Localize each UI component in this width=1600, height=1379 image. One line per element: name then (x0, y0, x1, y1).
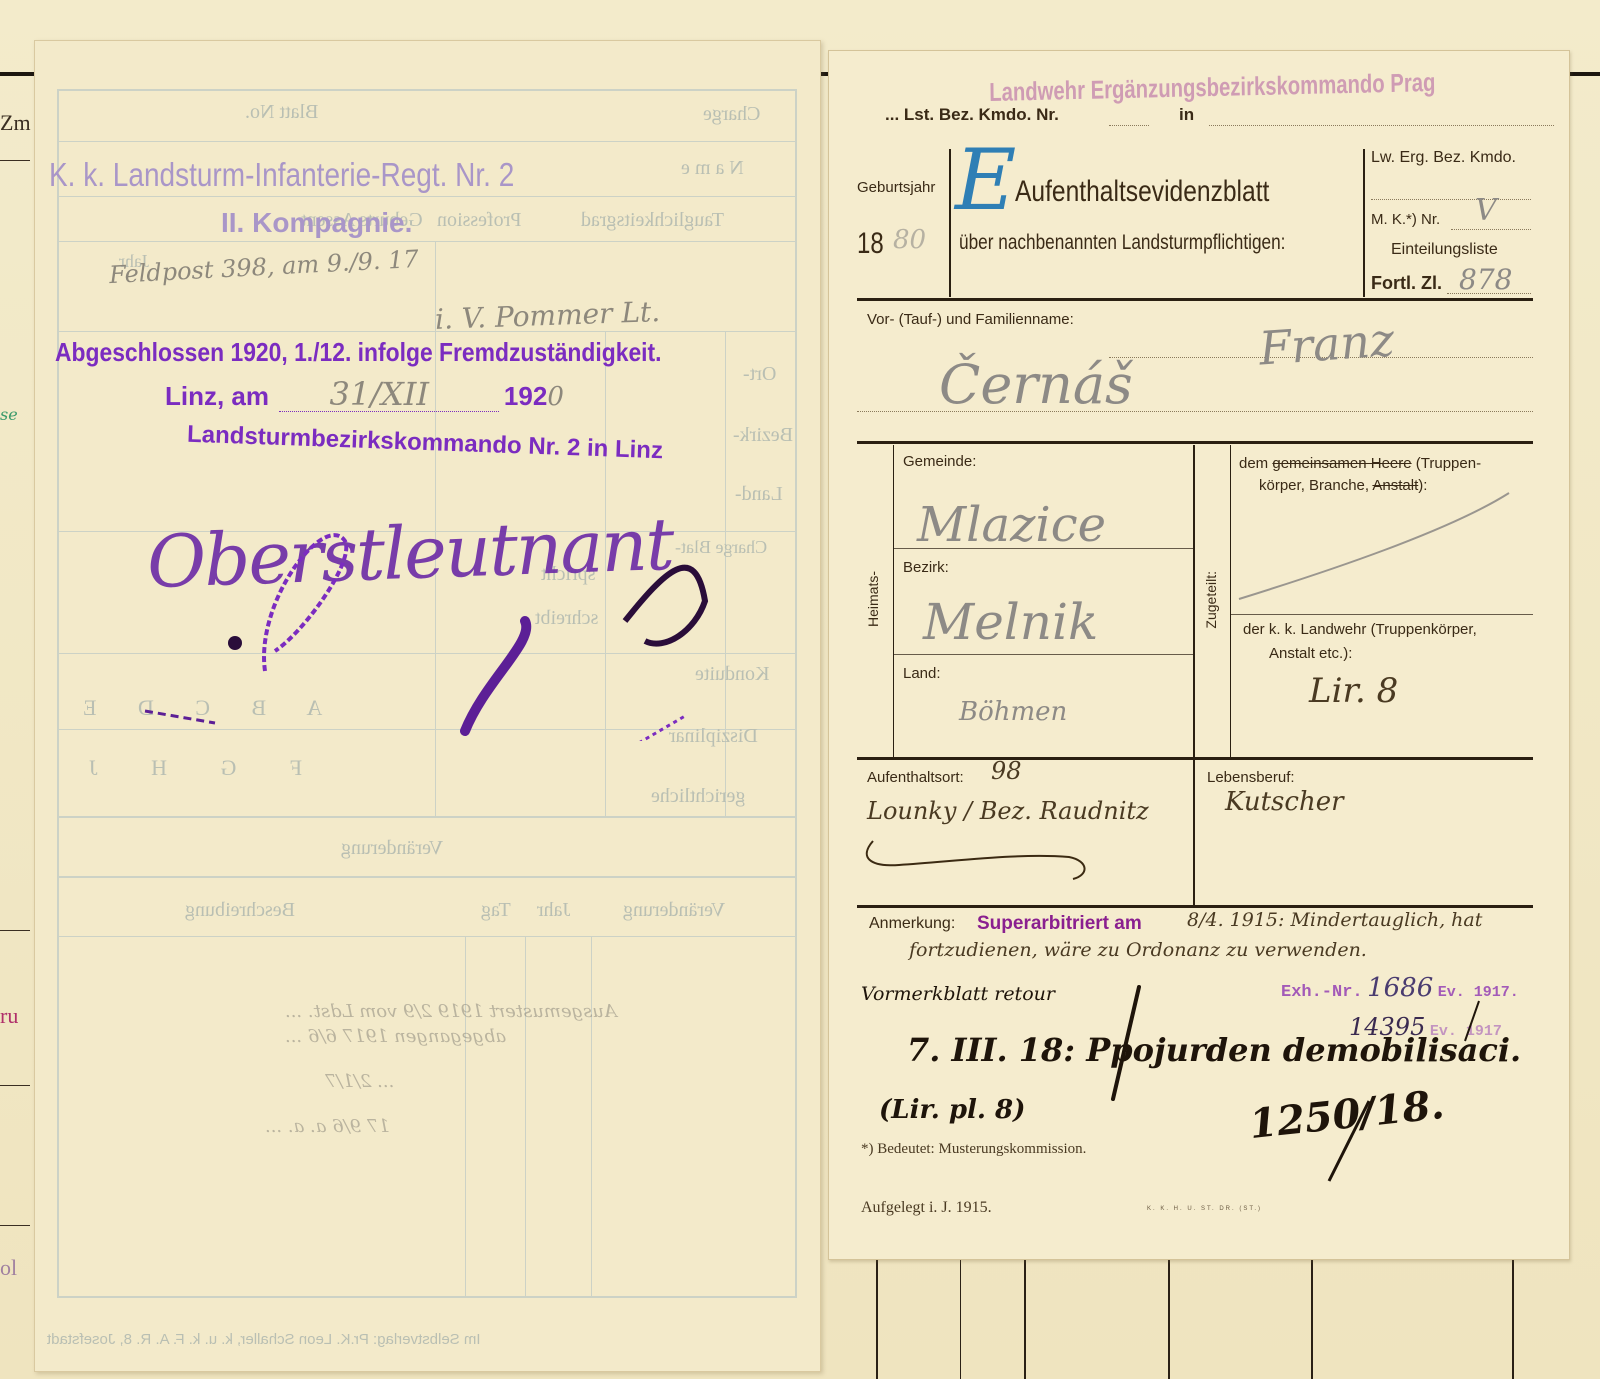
blue-initial: E (955, 131, 1016, 229)
card-subtitle: über nachbenannten Landsturmpflichtigen: (959, 231, 1285, 255)
geburtsjahr-prefix: 18 (857, 227, 884, 261)
faint-letters: F G H J (65, 755, 302, 781)
mk-nr-label: M. K.*) Nr. (1371, 211, 1440, 228)
anmerkung-label: Anmerkung: (869, 915, 955, 933)
underlying-column-line (1024, 1260, 1026, 1379)
fortl-zl-value: 878 (1459, 263, 1512, 296)
bezirk-value: Melnik (923, 593, 1098, 651)
dotted-field (1209, 125, 1554, 126)
zugeteilt-label: Zugeteilt: (1203, 571, 1219, 629)
faint-header: Charge (703, 103, 760, 126)
heer-label-part: dem (1239, 455, 1268, 472)
faint-entry: ... 2/1/7 (325, 1071, 394, 1092)
aufenthaltsort-number: 98 (991, 757, 1022, 785)
heimats-label: Heimats- (865, 571, 881, 627)
first-name: Franz (1257, 312, 1396, 375)
strip-line (0, 930, 30, 931)
vormerkblatt-note: Vormerkblatt retour (861, 983, 1055, 1005)
stamp-year-prefix: 192 (504, 381, 547, 411)
underlying-column-line (960, 1260, 961, 1379)
landwehr-label-line1: der k. k. Landwehr (Truppenkörper, (1243, 621, 1477, 638)
handwritten-signature-top: i. V. Pommer Lt. (434, 295, 660, 336)
einteilungsliste-label: Einteilungsliste (1391, 241, 1498, 259)
faint-header: Blatt No. (245, 101, 318, 124)
grid-vline (591, 936, 592, 1296)
stamp-abgeschlossen: Abgeschlossen 1920, 1./12. infolge Fremd… (55, 337, 661, 368)
anmerkung-stamp: Superarbitriert am (977, 913, 1142, 935)
aufenthaltsort-label: Aufenthaltsort: (867, 769, 964, 786)
faint-header: Tauglichkeitsgrad (581, 209, 724, 232)
faint-footer: Im Selbstverlag: Pr.K. Leon Schaller, k.… (47, 1331, 481, 1348)
strip-line (0, 1085, 30, 1086)
strip-line (0, 160, 30, 161)
grid-line (57, 816, 797, 818)
footnote: *) Bedeutet: Musterungskommission. (861, 1141, 1086, 1158)
cell-rule (1231, 614, 1533, 615)
grid-line (57, 876, 797, 878)
grid-line (57, 1296, 797, 1298)
faint-col: Tag (481, 899, 511, 922)
cell-rule (893, 654, 1193, 655)
printer-mark: K. K. H. U. ST. DR. (ST.) (1147, 1206, 1262, 1212)
stamp-linz-prefix: Linz, am (165, 381, 269, 411)
heer-label-struck: gemeinsamen Heere (1272, 455, 1411, 472)
faint-regiment-stamp: K. k. Landsturm-Infanterie-Regt. Nr. 2 (49, 156, 514, 194)
faint-header: Profession (437, 209, 521, 232)
section-rule (857, 441, 1533, 444)
lebensberuf-label: Lebensberuf: (1207, 769, 1295, 786)
land-value: Böhmen (959, 697, 1067, 727)
strip-fragment: se (0, 405, 18, 424)
heimats-divider (893, 445, 894, 757)
faint-col: Veränderung (623, 899, 725, 922)
strip-fragment: ru (0, 1003, 18, 1029)
faint-entry: abgegangen 1917 6/6 ... (285, 1026, 506, 1047)
section-rule (857, 757, 1533, 760)
landwehr-value: Lir. 8 (1309, 671, 1398, 711)
grid-line (57, 89, 797, 91)
handwritten-year: 0 (547, 382, 564, 412)
grid-vline (525, 936, 526, 1296)
card-title: Aufenthaltsevidenzblatt (1015, 175, 1269, 209)
section-rule (857, 905, 1533, 908)
dotted-field (1371, 199, 1531, 200)
section-rule (857, 298, 1533, 301)
bezirk-label: Bezirk: (903, 559, 949, 576)
faint-header: Bezirk- (733, 424, 793, 447)
underlying-column-line (1311, 1260, 1313, 1379)
stamp-erganzungsbezirkskommando: Landwehr Ergänzungsbezirkskommando Prag (989, 67, 1436, 108)
strip-fragment: Zm (0, 110, 31, 136)
heer-label-part: (Truppen- (1416, 455, 1481, 472)
center-divider (1193, 445, 1195, 905)
name-label: Vor- (Tauf-) und Familienname: (867, 311, 1074, 328)
last-name: Černáš (939, 353, 1133, 416)
faint-header: N a m e (681, 157, 744, 180)
heer-label-line1: dem gemeinsamen Heere (Truppen- (1239, 455, 1481, 472)
faint-kompagnie-stamp: II. Kompagnie. (221, 207, 412, 239)
underlying-column-line (1168, 1260, 1170, 1379)
grid-vline (57, 89, 59, 1297)
handwritten-date: 31/XII (329, 375, 429, 413)
grid-line (57, 331, 797, 332)
header-line: ... Lst. Bez. Kmdo. Nr. (885, 105, 1059, 125)
faint-section-title: Veränderung (341, 837, 443, 860)
stamp-linz-line: Linz, am 31/XII 1920 (165, 381, 564, 412)
underlying-column-line (876, 1260, 878, 1379)
mk-nr-value: V (1475, 193, 1497, 228)
ink-strokes (1069, 981, 1489, 1201)
lw-erg-label: Lw. Erg. Bez. Kmdo. (1371, 149, 1516, 167)
faint-col: Jahr (537, 899, 570, 922)
header-divider (1363, 149, 1365, 297)
grid-line (57, 141, 797, 142)
signature-strokes (105, 481, 725, 741)
faint-header: gerichtliche (651, 785, 745, 808)
dotted-field (1109, 125, 1149, 126)
dotted-field (1451, 229, 1531, 230)
landwehr-label-line2: Anstalt etc.): (1269, 645, 1352, 662)
gemeinde-value: Mlazice (917, 497, 1106, 553)
aufgelegt-note: Aufgelegt i. J. 1915. (861, 1199, 992, 1217)
grid-line (57, 196, 797, 197)
lebensberuf-value: Kutscher (1225, 787, 1344, 817)
strike-through-diagonal (1229, 481, 1529, 611)
grid-line (57, 936, 797, 937)
flourish (859, 821, 1099, 881)
demobilization-ref: (Lir. pl. 8) (879, 1095, 1025, 1125)
geburtsjahr-label: Geburtsjahr (857, 179, 935, 196)
faint-col: Beschreibung (185, 899, 295, 922)
gemeinde-label: Gemeinde: (903, 453, 976, 470)
header-in: in (1179, 105, 1194, 125)
faint-entry: 17 9/6 a. a. ... (265, 1116, 390, 1137)
header-divider (949, 149, 951, 297)
land-label: Land: (903, 665, 941, 682)
geburtsjahr-value: 80 (893, 225, 926, 255)
anmerkung-text-line1: 8/4. 1915: Mindertauglich, hat (1187, 909, 1482, 931)
fortl-zl-label: Fortl. Zl. (1371, 273, 1442, 294)
faint-header: Ort- (743, 363, 776, 386)
strip-line (0, 1225, 30, 1226)
grid-vline (795, 89, 797, 1297)
anmerkung-text-line2: fortzudienen, wäre zu Ordonanz zu verwen… (909, 939, 1367, 961)
handwritten-feldpost: Feldpost 398, am 9./9. 17 (108, 245, 419, 289)
faint-entry: Ausgemustert 1919 2/9 vom Ldst. ... (285, 1001, 617, 1022)
stamp-landsturmbezirkskommando: Landsturmbezirkskommando Nr. 2 in Linz (187, 421, 664, 466)
underlying-column-line (1512, 1260, 1514, 1379)
grid-vline (465, 936, 466, 1296)
right-card-aufenthaltsevidenzblatt: Landwehr Ergänzungsbezirkskommando Prag … (828, 50, 1570, 1260)
left-card-reverse: Blatt No. Charge N a m e Tauglichkeitsgr… (34, 40, 821, 1372)
strip-fragment: ol (0, 1255, 17, 1281)
cell-rule (893, 548, 1193, 549)
date-field: 31/XII (279, 387, 499, 412)
faint-header: Land- (735, 483, 783, 506)
grid-line (57, 241, 797, 242)
